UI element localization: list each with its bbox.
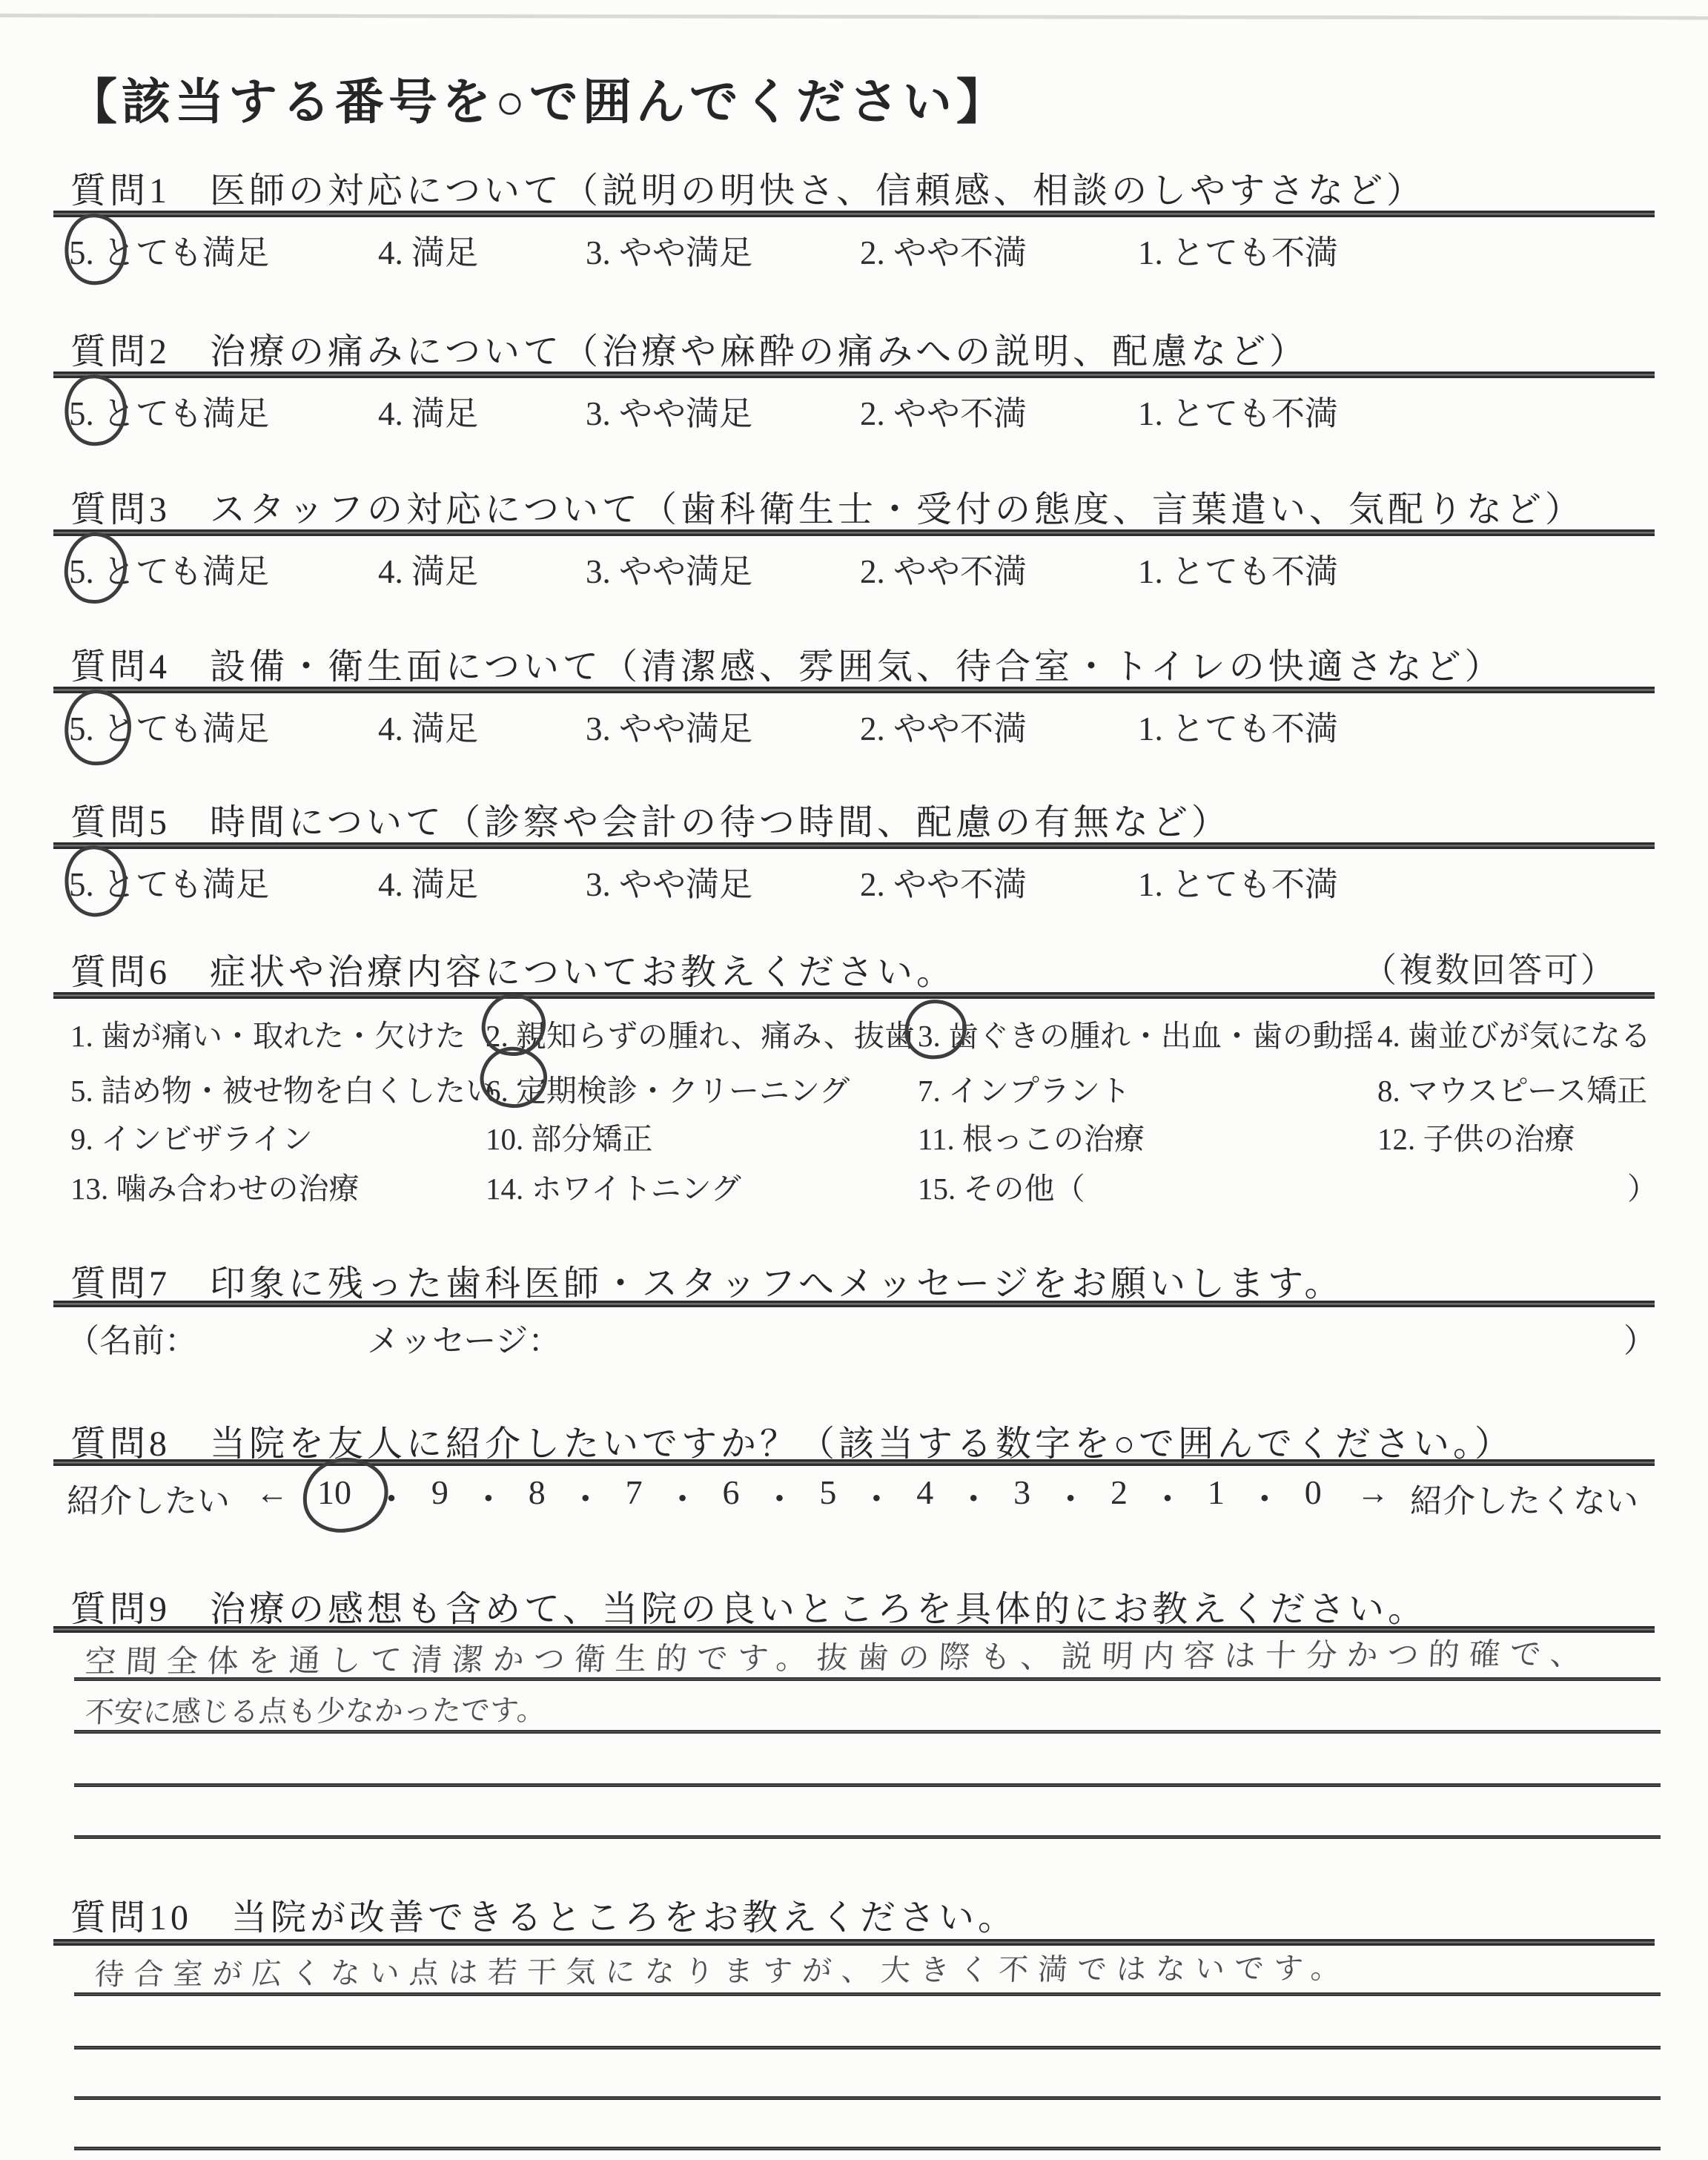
dot-separator: ・	[1248, 1473, 1282, 1522]
symptom-option-2[interactable]: 2. 親知らずの腫れ、痛み、抜歯	[486, 1011, 915, 1055]
survey-scan-page: 【該当する番号を○で囲んでください】 質問1 医師の対応について（説明の明快さ、…	[0, 0, 1708, 2160]
symptom-option-14[interactable]: 14. ホワイトニング	[486, 1164, 741, 1208]
nps-number-5[interactable]: 5	[819, 1473, 836, 1522]
symptom-option-3[interactable]: 3. 歯ぐきの腫れ・出血・歯の動揺	[918, 1011, 1374, 1055]
handwritten-answer-line-1: 空間全体を通して清潔かつ衛生的です。抜歯の際も、説明内容は十分かつ的確で、	[84, 1630, 1592, 1682]
answer-line	[74, 1677, 1661, 1681]
question-7-title: 質問7 印象に残った歯科医師・スタッフへメッセージをお願いします。	[70, 1255, 1343, 1306]
left-arrow-icon: ←	[256, 1474, 288, 1512]
right-arrow-icon: →	[1357, 1474, 1389, 1512]
divider-line	[53, 1939, 1655, 1946]
recommend-label: 紹介したい	[67, 1474, 230, 1522]
rating-option-4[interactable]: 4. 満足	[378, 857, 478, 905]
symptom-option-10[interactable]: 10. 部分矯正	[486, 1114, 653, 1158]
symptom-option-9[interactable]: 9. インビザライン	[70, 1114, 313, 1158]
symptom-option-12[interactable]: 12. 子供の治療	[1377, 1114, 1575, 1158]
name-field-label: （名前：	[67, 1314, 197, 1361]
symptom-option-11[interactable]: 11. 根っこの治療	[918, 1114, 1145, 1158]
question-3-title: 質問3 スタッフの対応について（歯科衛生士・受付の態度、言葉遣い、気配りなど）	[70, 480, 1584, 532]
question-1-title: 質問1 医師の対応について（説明の明快さ、信頼感、相談のしやすさなど）	[70, 162, 1426, 213]
dot-separator: ・	[859, 1473, 893, 1522]
dot-separator: ・	[1151, 1473, 1185, 1522]
rating-option-1[interactable]: 1. とても不満	[1138, 386, 1338, 435]
dot-separator: ・	[762, 1473, 796, 1522]
dot-separator: ・	[956, 1473, 990, 1522]
message-field-label: メッセージ：	[367, 1314, 560, 1361]
rating-option-4[interactable]: 4. 満足	[378, 701, 478, 750]
pen-circle-selected-5	[63, 531, 129, 605]
pen-circle-selected-5	[62, 688, 133, 767]
question-4-title: 質問4 設備・衛生面について（清潔感、雰囲気、待合室・トイレの快適さなど）	[70, 638, 1504, 689]
answer-line	[74, 1992, 1661, 1996]
rating-option-3[interactable]: 3. やや満足	[586, 701, 752, 750]
rating-option-2[interactable]: 2. やや不満	[860, 225, 1027, 274]
divider-line	[53, 529, 1655, 536]
rating-option-4[interactable]: 4. 満足	[378, 225, 478, 274]
scan-artifact-line	[0, 13, 1708, 19]
dot-separator: ・	[471, 1473, 506, 1522]
rating-option-2[interactable]: 2. やや不満	[860, 544, 1027, 592]
nps-scale: 10 ・ 9 ・ 8 ・ 7 ・ 6 ・ 5 ・ 4 ・ 3 ・ 2 ・ 1 ・…	[317, 1473, 1322, 1522]
nps-number-0[interactable]: 0	[1305, 1473, 1322, 1522]
symptom-option-1[interactable]: 1. 歯が痛い・取れた・欠けた	[70, 1011, 466, 1055]
dot-separator: ・	[1053, 1473, 1088, 1522]
divider-line	[53, 211, 1655, 217]
question-9-title: 質問9 治療の感想も含めて、当院の良いところを具体的にお教えください。	[70, 1580, 1427, 1631]
nps-number-3[interactable]: 3	[1013, 1473, 1030, 1522]
divider-line	[53, 1459, 1655, 1466]
dot-separator: ・	[666, 1473, 700, 1522]
handwritten-answer: 待合室が広くない点は若干気になりますが、大きく不満ではないです。	[93, 1945, 1351, 1994]
question-2-title: 質問2 治療の痛みについて（治療や麻酔の痛みへの説明、配慮など）	[70, 323, 1308, 374]
handwritten-answer-line-2: 不安に感じる点も少なかったです。	[85, 1687, 547, 1731]
rating-option-1[interactable]: 1. とても不満	[1138, 225, 1338, 274]
page-title: 【該当する番号を○で囲んでください】	[68, 62, 1010, 133]
rating-option-2[interactable]: 2. やや不満	[860, 701, 1027, 750]
question-8-title: 質問8 当院を友人に紹介したいですか？（該当する数字を○で囲んでください。）	[70, 1415, 1514, 1466]
divider-line	[53, 371, 1655, 378]
answer-line	[74, 2096, 1661, 2100]
rating-option-3[interactable]: 3. やや満足	[586, 386, 752, 435]
symptom-option-8[interactable]: 8. マウスピース矯正	[1377, 1066, 1647, 1110]
nps-number-7[interactable]: 7	[626, 1473, 643, 1522]
symptom-option-5[interactable]: 5. 詰め物・被せ物を白くしたい	[70, 1066, 496, 1110]
pen-circle-selected-5	[60, 210, 130, 288]
question-5-title: 質問5 時間について（診察や会計の待つ時間、配慮の有無など）	[70, 793, 1231, 845]
symptom-option-4[interactable]: 4. 歯並びが気になる	[1377, 1011, 1651, 1055]
dot-separator: ・	[569, 1473, 603, 1522]
closing-paren: ）	[1623, 1314, 1656, 1361]
rating-option-4[interactable]: 4. 満足	[378, 544, 478, 592]
answer-line	[74, 2046, 1661, 2050]
rating-option-2[interactable]: 2. やや不満	[860, 857, 1027, 905]
divider-line	[53, 1301, 1655, 1307]
question-6-title: 質問6 症状や治療内容についてお教えください。	[70, 943, 956, 994]
nps-number-8[interactable]: 8	[529, 1473, 546, 1522]
answer-line	[74, 1730, 1661, 1734]
symptom-option-15[interactable]: 15. その他（	[918, 1164, 1085, 1208]
divider-line	[53, 842, 1655, 849]
rating-option-4[interactable]: 4. 満足	[378, 386, 478, 435]
nps-number-6[interactable]: 6	[723, 1473, 740, 1522]
rating-option-1[interactable]: 1. とても不満	[1138, 701, 1338, 750]
other-closing-paren: ）	[1627, 1164, 1658, 1208]
rating-option-3[interactable]: 3. やや満足	[586, 225, 752, 274]
rating-option-2[interactable]: 2. やや不満	[860, 386, 1027, 435]
answer-line	[74, 1835, 1661, 1839]
divider-line	[53, 992, 1655, 999]
rating-option-3[interactable]: 3. やや満足	[586, 857, 752, 905]
nps-number-9[interactable]: 9	[431, 1473, 448, 1522]
divider-line	[53, 687, 1655, 693]
rating-option-1[interactable]: 1. とても不満	[1138, 857, 1338, 905]
nps-number-2[interactable]: 2	[1110, 1473, 1128, 1522]
answer-line	[74, 2147, 1661, 2150]
nps-number-1[interactable]: 1	[1208, 1473, 1225, 1522]
rating-option-3[interactable]: 3. やや満足	[586, 544, 752, 592]
pen-circle-selected-5	[59, 840, 132, 921]
answer-line	[74, 1783, 1661, 1787]
symptom-option-13[interactable]: 13. 噛み合わせの治療	[70, 1164, 360, 1208]
rating-option-1[interactable]: 1. とても不満	[1138, 544, 1338, 592]
nps-number-4[interactable]: 4	[916, 1473, 933, 1522]
question-10-title: 質問10 当院が改善できるところをお教えください。	[70, 1889, 1017, 1940]
multiple-answers-note: （複数回答可）	[1363, 943, 1617, 992]
symptom-option-7[interactable]: 7. インプラント	[918, 1066, 1131, 1110]
not-recommend-label: 紹介したくない	[1410, 1474, 1638, 1522]
pen-circle-selected-5	[60, 371, 130, 449]
